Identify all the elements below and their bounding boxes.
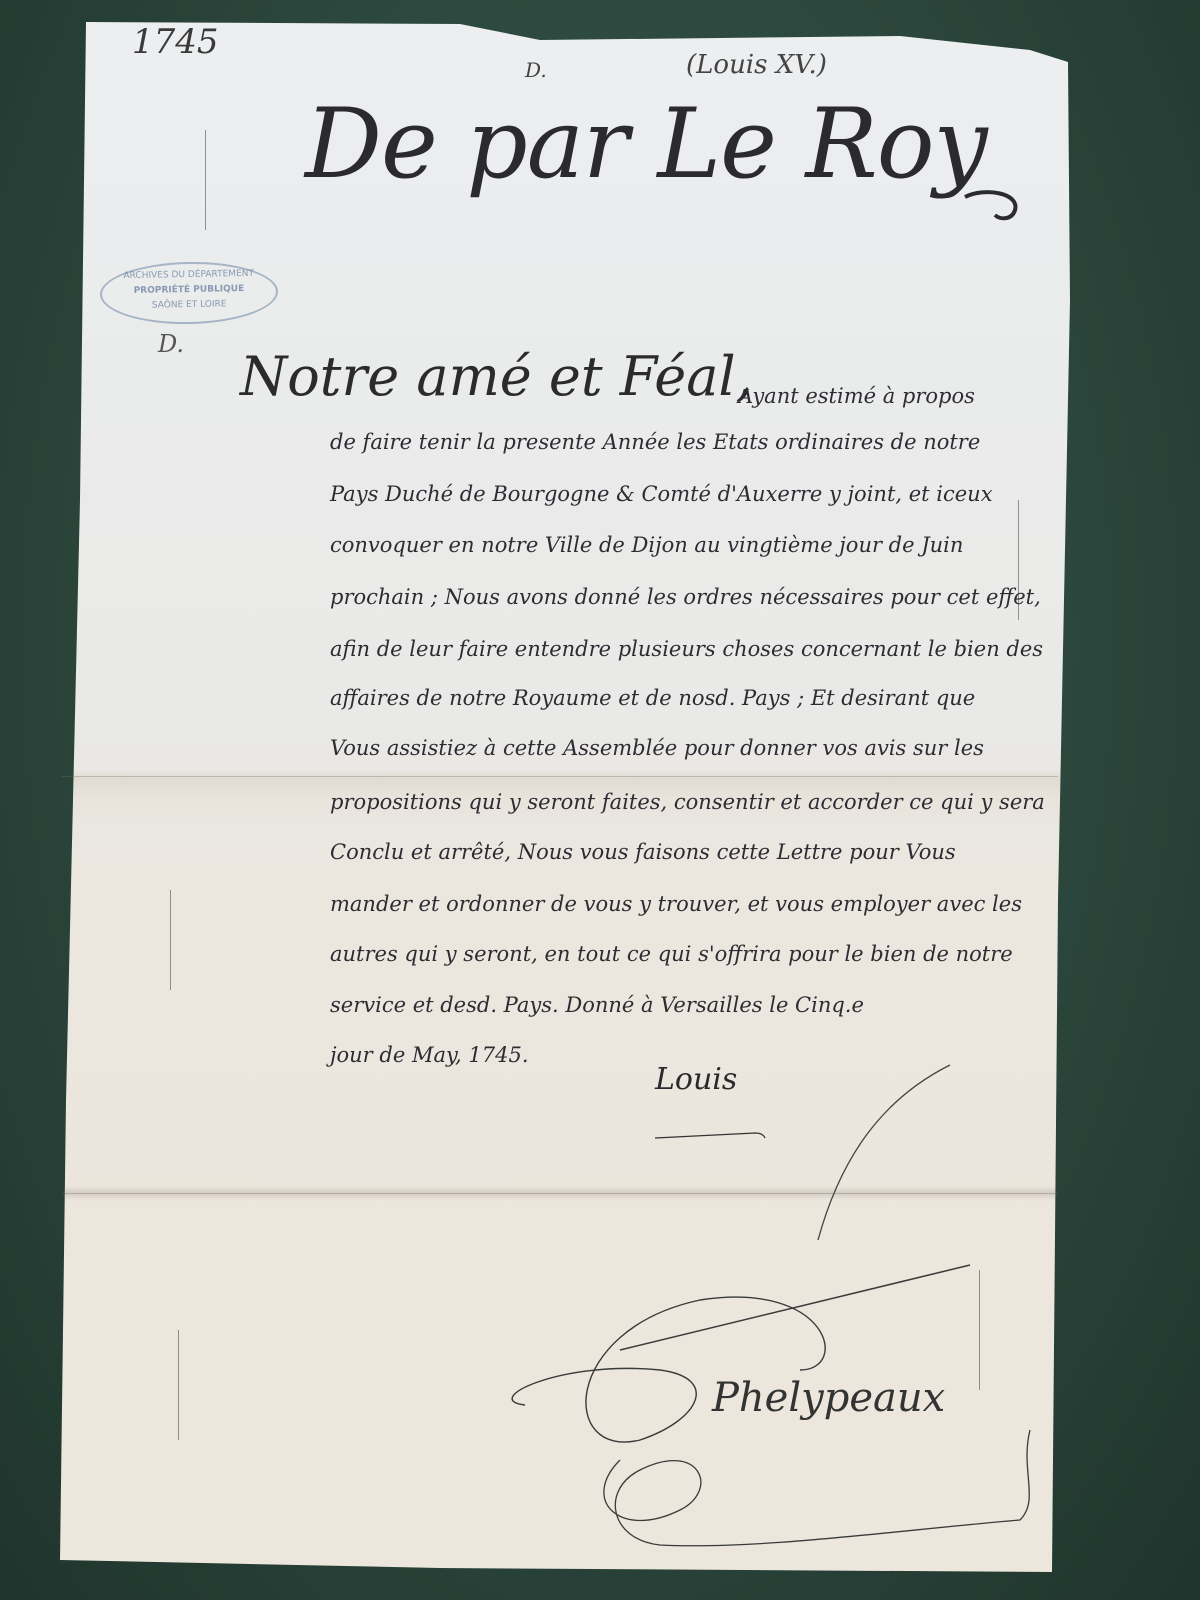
secretary-signature: Phelypeaux (712, 1375, 945, 1421)
body-line: autres qui y seront, en tout ce qui s'of… (330, 942, 1013, 966)
margin-mark: D. (158, 330, 184, 358)
fold-line-upper (62, 776, 1058, 777)
body-line: convoquer en notre Ville de Dijon au vin… (330, 533, 963, 557)
body-line: service et desd. Pays. Donné à Versaille… (330, 993, 864, 1017)
margin-line (205, 130, 206, 230)
margin-line (979, 1270, 980, 1390)
king-annotation: (Louis XV.) (686, 50, 827, 80)
body-line: mander et ordonner de vous y trouver, et… (330, 892, 1022, 916)
stamp-line: SAÔNE ET LOIRE (102, 296, 276, 314)
fold-line-lower (62, 1193, 1058, 1194)
body-line: afin de leur faire entendre plusieurs ch… (330, 637, 1043, 661)
body-first-line: Ayant estimé à propos (738, 384, 975, 408)
body-line: propositions qui y seront faites, consen… (330, 790, 1045, 814)
body-line: affaires de notre Royaume et de nosd. Pa… (330, 686, 975, 710)
king-signature: Louis (655, 1062, 737, 1097)
top-mark: D. (525, 58, 547, 82)
stamp-line: ARCHIVES DU DÉPARTEMENT (102, 266, 276, 284)
body-line: Vous assistiez à cette Assemblée pour do… (330, 736, 984, 760)
body-line: de faire tenir la presente Année les Eta… (330, 430, 980, 454)
title-flourish-icon (960, 185, 1030, 225)
margin-line (170, 890, 171, 990)
year-annotation: 1745 (132, 22, 219, 62)
body-line: Conclu et arrêté, Nous vous faisons cett… (330, 840, 956, 864)
salutation: Notre amé et Féal, (240, 345, 753, 408)
signature-underline-icon (655, 1130, 775, 1142)
body-line: jour de May, 1745. (330, 1043, 529, 1067)
body-line: prochain ; Nous avons donné les ordres n… (330, 585, 1041, 609)
document-title: De par Le Roy (305, 88, 987, 200)
body-line: Pays Duché de Bourgogne & Comté d'Auxerr… (330, 482, 993, 506)
margin-line (178, 1330, 179, 1440)
